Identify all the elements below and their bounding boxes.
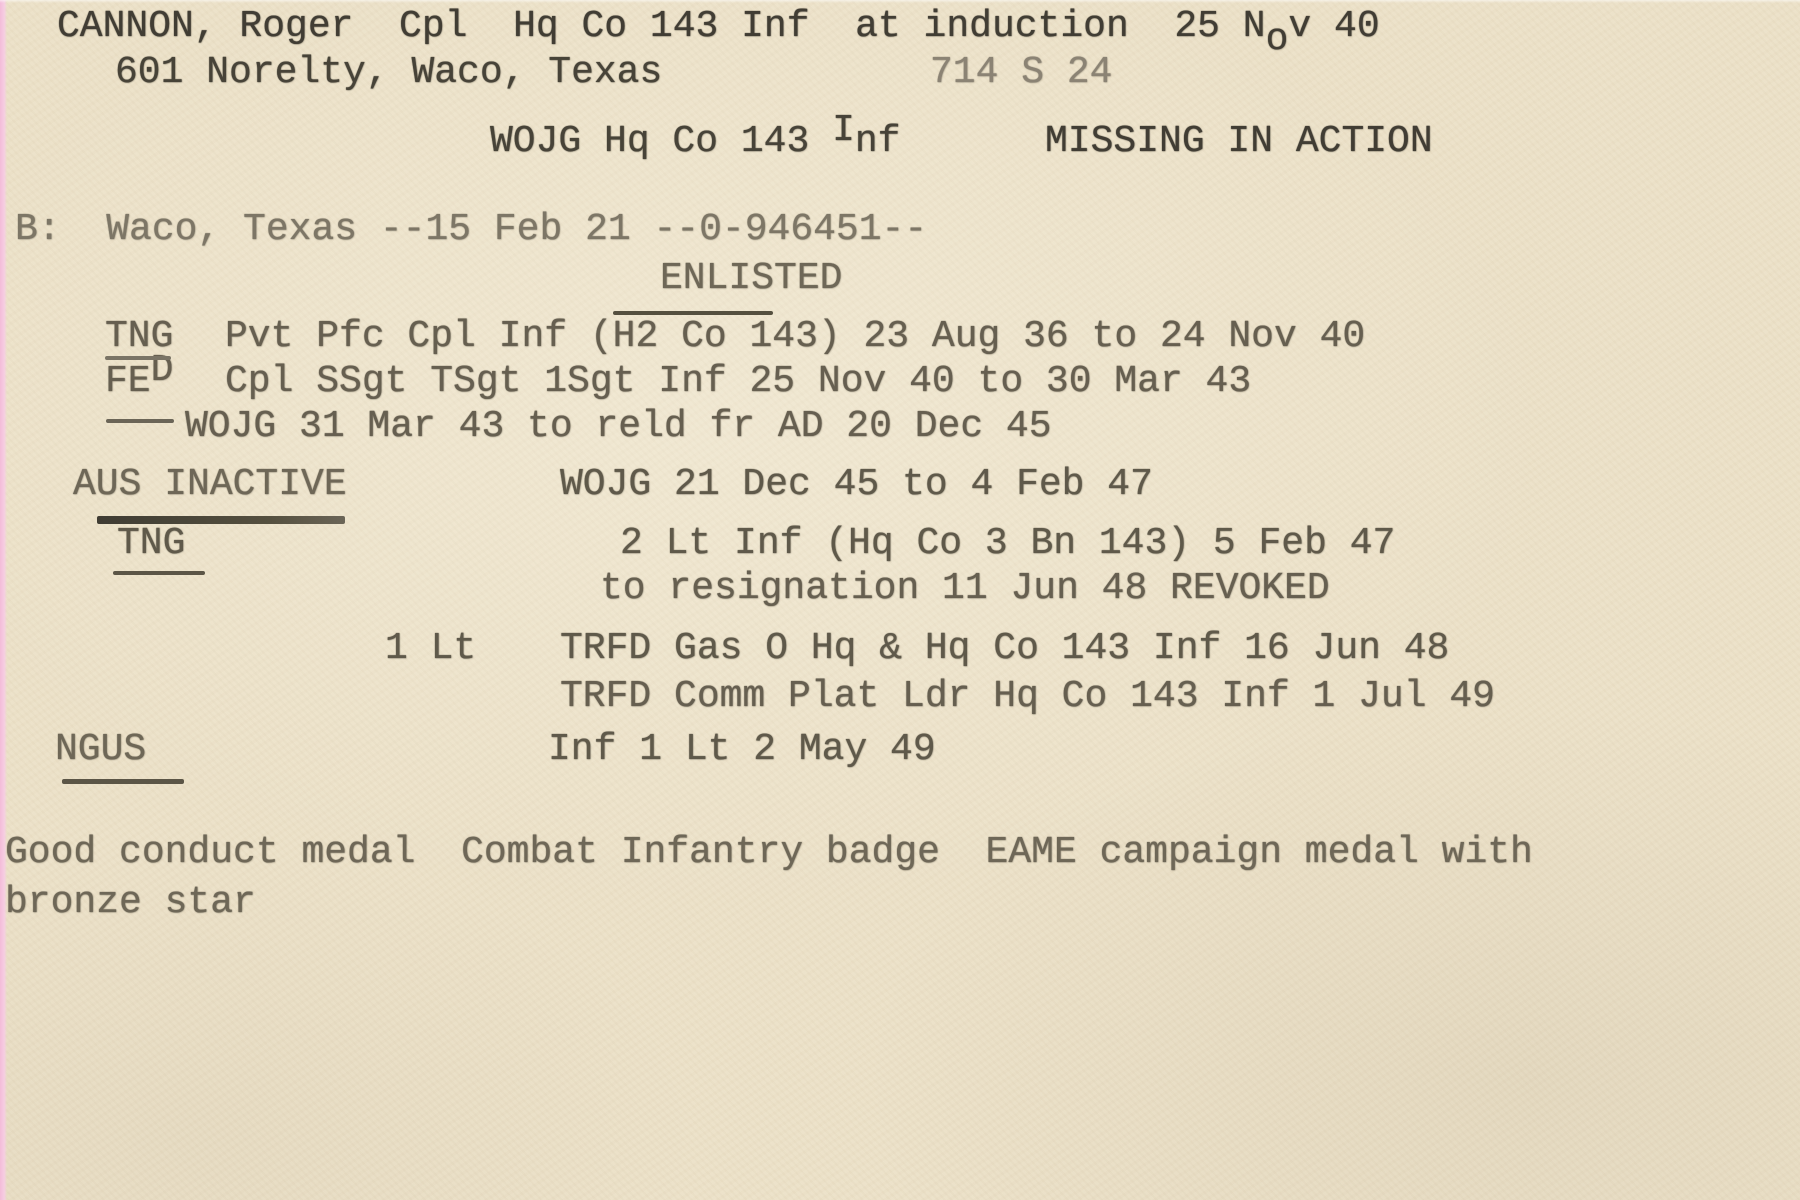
underline-tng-mark xyxy=(113,571,205,575)
tng-service-line: Pvt Pfc Cpl Inf (H2 Co 143) 23 Aug 36 to… xyxy=(225,317,1365,357)
dropped-letter-o: o xyxy=(1266,18,1289,61)
tng2-label: TNG xyxy=(117,524,185,564)
ngus-label: NGUS xyxy=(55,730,146,770)
warrant-officer-line: WOJG Hq Co 143 Inf xyxy=(490,122,900,162)
trfd-gas-officer-line: TRFD Gas O Hq & Hq Co 143 Inf 16 Jun 48 xyxy=(560,629,1449,669)
fed-label-text: FE xyxy=(105,360,151,403)
warrant-unit-suffix: nf xyxy=(855,120,901,163)
trfd-comm-platoon-line: TRFD Comm Plat Ldr Hq Co 143 Inf 1 Jul 4… xyxy=(560,677,1495,717)
dash-mark-wojg xyxy=(106,419,174,423)
rank-1lt-label: 1 Lt xyxy=(385,629,476,669)
mia-status: MISSING IN ACTION xyxy=(1045,122,1433,162)
commission-line: 2 Lt Inf (Hq Co 3 Bn 143) 5 Feb 47 xyxy=(620,524,1395,564)
scan-top-edge xyxy=(0,0,1800,3)
awards-line-2: bronze star xyxy=(5,883,256,923)
awards-line-1: Good conduct medal Combat Infantry badge… xyxy=(5,833,1533,873)
name-header-line: CANNON, Roger Cpl Hq Co 143 Inf at induc… xyxy=(57,7,1380,47)
name-header-text: CANNON, Roger Cpl Hq Co 143 Inf at induc… xyxy=(57,5,1266,48)
ngus-service-line: Inf 1 Lt 2 May 49 xyxy=(548,730,936,770)
scan-edge-strip xyxy=(0,0,7,1200)
warrant-unit-text: WOJG Hq Co 143 xyxy=(490,120,832,163)
fed-label: FED xyxy=(105,362,173,402)
overline-fed-mark xyxy=(105,356,171,360)
fed-service-line: Cpl SSgt TSgt 1Sgt Inf 25 Nov 40 to 30 M… xyxy=(225,362,1251,402)
aus-inactive-label: AUS INACTIVE xyxy=(73,465,347,505)
resignation-line: to resignation 11 Jun 48 REVOKED xyxy=(600,569,1330,609)
aus-inactive-service-line: WOJG 21 Dec 45 to 4 Feb 47 xyxy=(560,465,1153,505)
birth-record-line: B: Waco, Texas --15 Feb 21 --0-946451-- xyxy=(15,210,927,250)
underline-ngus-mark xyxy=(62,779,184,784)
overline-h2co-mark xyxy=(613,311,773,315)
wojg-continuation-line: WOJG 31 Mar 43 to reld fr AD 20 Dec 45 xyxy=(185,407,1052,447)
enlisted-heading: ENLISTED xyxy=(660,259,842,299)
file-reference: 714 S 24 xyxy=(930,53,1112,93)
raised-letter-i: I xyxy=(832,109,855,152)
name-header-year: v 40 xyxy=(1288,5,1379,48)
address-line: 601 Norelty, Waco, Texas xyxy=(115,53,662,93)
